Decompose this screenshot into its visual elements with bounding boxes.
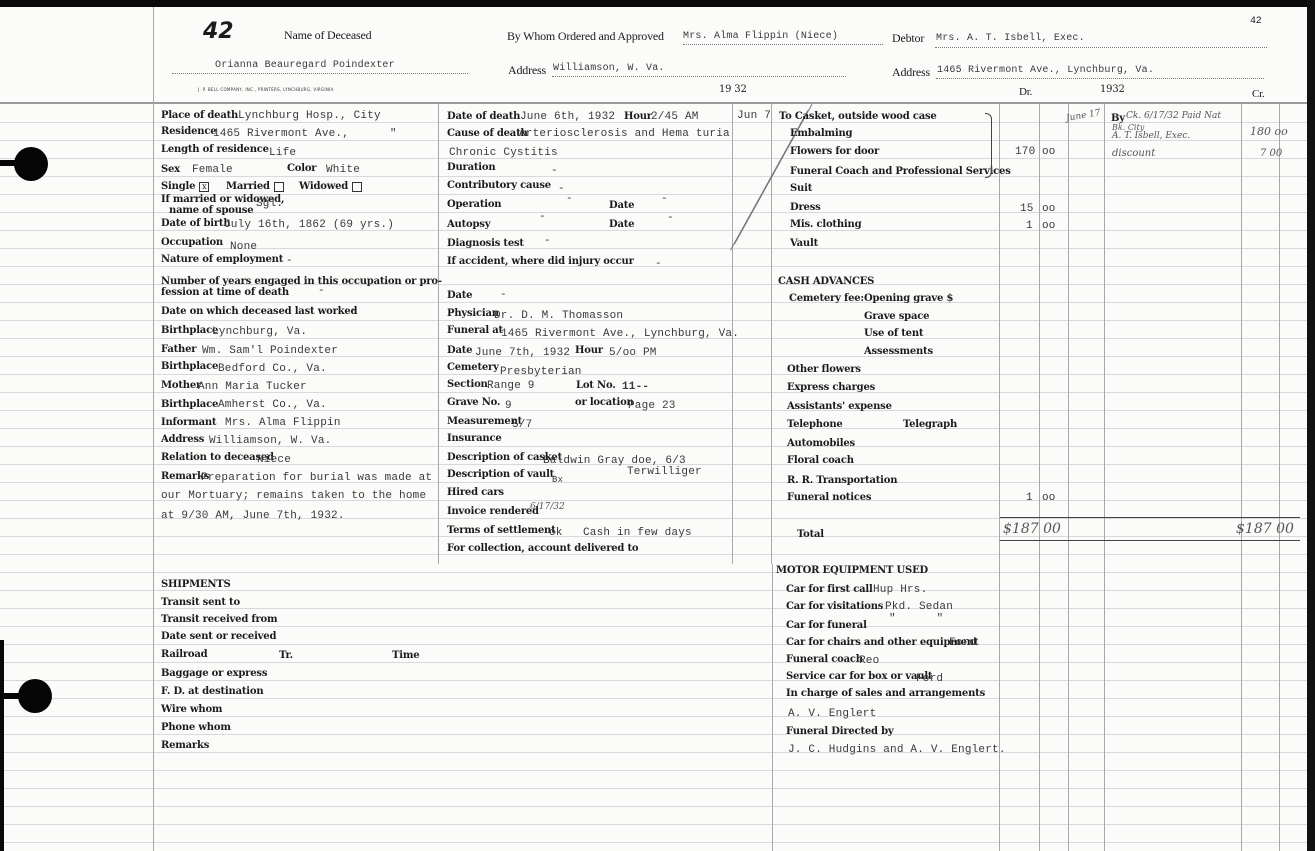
fd-destination-label: F. D. at destination	[161, 686, 263, 697]
cemetery-value: Presbyterian	[500, 366, 582, 378]
service-casket: To Casket, outside wood case	[779, 111, 937, 122]
mis-clothing-cents: oo	[1042, 220, 1056, 232]
service-coach: Funeral Coach and Professional Services	[790, 166, 1011, 177]
ordered-address-value: Williamson, W. Va.	[553, 63, 665, 74]
length-of-residence-value: Life	[269, 147, 296, 159]
advance-automobiles: Automobiles	[787, 438, 855, 449]
ledger-date: Jun 7	[737, 110, 771, 122]
dotted-line	[172, 72, 468, 74]
sex-value: Female	[192, 164, 233, 176]
funeral-date-value: June 7th, 1932	[475, 347, 570, 359]
insurance-label: Insurance	[447, 433, 502, 444]
page-number: 42	[1250, 16, 1262, 27]
cemetery-label: Cemetery	[447, 362, 499, 373]
column-divider	[1039, 104, 1040, 851]
widowed-label: Widowed	[299, 181, 348, 192]
year-right: 1932	[1100, 84, 1125, 95]
year-left: 19 32	[719, 84, 747, 95]
service-embalming: Embalming	[790, 128, 852, 139]
chairs-value: Ford	[949, 637, 976, 649]
debtor-address-value: 1465 Rivermont Ave., Lynchburg, Va.	[937, 65, 1154, 76]
diagnosis-value: -	[544, 235, 551, 247]
cause-of-death-value: Arteriosclerosis and Hema turia	[519, 128, 730, 140]
vault-label: Description of vault	[447, 469, 554, 480]
informant-address-label: Address	[161, 434, 204, 445]
column-divider	[1104, 104, 1105, 851]
visitations-label: Car for visitations	[786, 601, 883, 612]
measurement-label: Measurement	[447, 416, 522, 427]
cemetery-tent: Use of tent	[864, 328, 923, 339]
place-of-death-value: Lynchburg Hosp., City	[238, 110, 381, 122]
brace-icon	[985, 113, 992, 178]
name-of-deceased-label: Name of Deceased	[284, 28, 371, 43]
shipments-title: SHIPMENTS	[161, 579, 231, 590]
widowed-check-box[interactable]	[352, 182, 362, 192]
directed-label: Funeral Directed by	[786, 726, 894, 737]
funeral-notices-amount: 1	[1026, 492, 1033, 504]
married-checkbox[interactable]: Married	[226, 181, 284, 192]
residence-value: 1465 Rivermont Ave., "	[213, 128, 397, 140]
accident-value: -	[655, 258, 662, 270]
mis-clothing-amount: 1	[1026, 220, 1033, 232]
binder-hole-icon	[18, 679, 52, 713]
date2-label: Date	[447, 290, 472, 301]
total-rule	[1000, 540, 1300, 541]
date-of-birth-value: July 16th, 1862 (69 yrs.)	[224, 219, 394, 231]
first-call-label: Car for first call	[786, 584, 873, 595]
dress-amount: 15	[1020, 203, 1034, 215]
cr-label: Cr.	[1252, 88, 1265, 100]
advance-rr-transport: R. R. Transportation	[787, 475, 897, 486]
funeral-at-label: Funeral at	[447, 325, 503, 336]
mother-value: Ann Maria Tucker	[198, 381, 307, 393]
advance-funeral-notices: Funeral notices	[787, 492, 871, 503]
shipment-remarks-label: Remarks	[161, 740, 209, 751]
advance-telephone: Telephone	[787, 419, 843, 430]
single-label: Single	[161, 181, 195, 192]
service-flowers: Flowers for door	[790, 146, 879, 157]
spouse-value: Sgl.	[256, 198, 283, 210]
relation-value: Niece	[257, 454, 291, 466]
operation-value: -	[566, 193, 573, 205]
funeral-hour-value: 5/oo PM	[609, 347, 657, 359]
services-amount: 170	[1015, 146, 1035, 158]
advance-floral-coach: Floral coach	[787, 455, 854, 466]
widowed-checkbox[interactable]: Widowed	[299, 181, 362, 192]
location-label: or location	[575, 397, 634, 408]
in-charge-value: A. V. Englert	[788, 708, 876, 720]
column-divider	[772, 564, 773, 851]
total-credit: $187 00	[1236, 521, 1294, 537]
time-label: Time	[392, 650, 419, 661]
column-divider	[999, 104, 1000, 851]
cause-of-death-value-2: Chronic Cystitis	[449, 147, 558, 159]
contributory-label: Contributory cause	[447, 180, 551, 191]
remarks-line-2: our Mortuary; remains taken to the home	[161, 490, 426, 502]
debtor-label: Debtor	[892, 31, 924, 46]
column-divider	[438, 104, 439, 564]
occupation-label: Occupation	[161, 237, 223, 248]
accident-label: If accident, where did injury occur	[447, 256, 634, 267]
visitations-value: Pkd. Sedan	[885, 601, 953, 613]
credit-amount-1: 180 oo	[1250, 125, 1288, 138]
motor-title: MOTOR EQUIPMENT USED	[776, 565, 928, 576]
debtor-value: Mrs. A. T. Isbell, Exec.	[936, 33, 1085, 44]
cemetery-assessments: Assessments	[864, 346, 933, 357]
sex-label: Sex	[161, 164, 180, 175]
scan-border-left	[0, 640, 4, 851]
terms-value: ok Cash in few days	[549, 527, 692, 539]
last-worked-value: -	[350, 305, 357, 317]
diagnosis-label: Diagnosis test	[447, 238, 524, 249]
father-value: Wm. Sam'l Poindexter	[202, 345, 338, 357]
date-of-death-label: Date of death	[447, 111, 520, 122]
duration-value: -	[551, 165, 558, 177]
married-check-box[interactable]	[274, 182, 284, 192]
item-mis-clothing: Mis. clothing	[790, 219, 861, 230]
item-vault: Vault	[790, 238, 818, 249]
physician-value: Dr. D. M. Thomasson	[494, 310, 623, 322]
last-worked-label: Date on which deceased last worked	[161, 306, 357, 317]
single-checkbox[interactable]: Singlex	[161, 181, 209, 192]
tr-label: Tr.	[279, 650, 293, 661]
dress-cents: oo	[1042, 203, 1056, 215]
dotted-line	[936, 77, 1264, 79]
advance-assistants: Assistants' expense	[787, 401, 892, 412]
contributory-value: -	[558, 183, 565, 195]
dotted-line	[552, 75, 846, 77]
ordered-by-value: Mrs. Alma Flippin (Niece)	[683, 31, 838, 42]
invoice-label: Invoice rendered	[447, 506, 539, 517]
married-label: Married	[226, 181, 270, 192]
lot-label: Lot No.	[576, 380, 616, 391]
item-dress: Dress	[790, 202, 821, 213]
margin-line	[153, 7, 154, 851]
father-label: Father	[161, 344, 196, 355]
remarks-line-3: at 9/30 AM, June 7th, 1932.	[161, 510, 345, 522]
section-label: Section	[447, 379, 488, 390]
credit-line-3: A. T. Isbell, Exec.	[1112, 131, 1190, 141]
column-divider	[1279, 104, 1280, 851]
coach-label: Funeral coach	[786, 654, 863, 665]
terms-label: Terms of settlement	[447, 525, 556, 536]
funeral-notices-cents: oo	[1042, 492, 1056, 504]
credit-line-1: Ck. 6/17/32 Paid Nat	[1126, 111, 1221, 121]
hour-of-death-value: 2/45 AM	[651, 111, 699, 123]
father-birthplace-value: Bedford Co., Va.	[218, 363, 327, 375]
measurement-value: 5/7	[512, 419, 532, 431]
cash-advances-title: CASH ADVANCES	[778, 276, 874, 287]
informant-value: Mrs. Alma Flippin	[225, 417, 341, 429]
date-sent-label: Date sent or received	[161, 631, 276, 642]
years-engaged-value: -	[318, 285, 325, 297]
grave-value: 9	[505, 400, 512, 412]
duration-label: Duration	[447, 162, 495, 173]
color-value: White	[326, 164, 360, 176]
coach-value: Reo	[859, 655, 879, 667]
vault-value-2: Terwilliger	[627, 466, 702, 478]
father-birthplace-label: Birthplace	[161, 361, 218, 372]
cause-of-death-label: Cause of death	[447, 128, 528, 139]
total-rule	[1000, 517, 1300, 518]
birthplace-value: Lynchburg, Va.	[212, 326, 307, 338]
funeral-hour-label: Hour	[575, 345, 603, 356]
cemetery-grave-space: Grave space	[864, 311, 929, 322]
first-call-value: Hup Hrs.	[873, 584, 927, 596]
transit-received-label: Transit received from	[161, 614, 277, 625]
lot-value: 11--	[622, 381, 649, 393]
railroad-label: Railroad	[161, 649, 207, 660]
credit-amount-2: 7 00	[1260, 148, 1282, 159]
operation-date-value: -	[661, 193, 668, 205]
remarks-line-1: Preparation for burial was made at	[201, 472, 432, 484]
operation-date-label: Date	[609, 200, 634, 211]
dotted-line	[935, 46, 1267, 48]
binder-hole-icon	[14, 147, 48, 181]
invoice-value: 6/17/32	[530, 502, 565, 512]
name-of-deceased-value: Orianna Beauregard Poindexter	[215, 60, 395, 71]
occupation-value: None	[230, 241, 257, 253]
funeral-date-label: Date	[447, 345, 472, 356]
autopsy-label: Autopsy	[447, 219, 490, 230]
total-label: Total	[797, 529, 824, 540]
debtor-address-label: Address	[892, 65, 930, 80]
autopsy-value: -	[539, 211, 546, 223]
funeral-at-value: 1465 Rivermont Ave., Lynchburg, Va.	[501, 328, 739, 340]
date-of-death-value: June 6th, 1932	[520, 111, 615, 123]
autopsy-date-value: -	[667, 212, 674, 224]
residence-label: Residence	[161, 126, 216, 137]
location-value: Page 23	[628, 400, 676, 412]
informant-label: Informant	[161, 417, 216, 428]
ordered-address-label: Address	[508, 63, 546, 78]
autopsy-date-label: Date	[609, 219, 634, 230]
hired-cars-label: Hired cars	[447, 487, 504, 498]
nature-of-employment-value: -	[286, 255, 293, 267]
cemetery-opening-grave: Opening grave $	[864, 293, 953, 304]
dotted-line	[683, 43, 883, 45]
ordered-by-label: By Whom Ordered and Approved	[507, 29, 664, 44]
directed-value: J. C. Hudgins and A. V. Englert.	[788, 744, 1006, 756]
mother-label: Mother	[161, 380, 201, 391]
car-funeral-value: " "	[889, 613, 943, 625]
credit-discount: discount	[1112, 148, 1155, 159]
phone-whom-label: Phone whom	[161, 722, 231, 733]
single-check-box[interactable]: x	[199, 182, 209, 192]
hour-of-death-label: Hour	[624, 111, 652, 122]
spouse-label-2: name of spouse	[169, 205, 253, 216]
date-of-birth-label: Date of birth	[161, 218, 230, 229]
operation-label: Operation	[447, 199, 501, 210]
place-of-death-label: Place of death	[161, 110, 238, 121]
mother-birthplace-label: Birthplace	[161, 399, 218, 410]
wire-whom-label: Wire whom	[161, 704, 222, 715]
scan-border-top	[0, 0, 1315, 7]
transit-sent-label: Transit sent to	[161, 597, 240, 608]
length-of-residence-label: Length of residence	[161, 144, 269, 155]
date2-value: -	[500, 289, 507, 301]
physician-label: Physician	[447, 308, 499, 319]
service-car-value: Ford	[916, 673, 943, 685]
mother-birthplace-value: Amherst Co., Va.	[218, 399, 327, 411]
service-car-label: Service car for box or vault	[786, 671, 932, 682]
advance-other-flowers: Other flowers	[787, 364, 861, 375]
advance-express: Express charges	[787, 382, 875, 393]
scan-border-right	[1307, 0, 1315, 851]
vault-value: Bx	[552, 475, 563, 485]
nature-of-employment-label: Nature of employment	[161, 254, 283, 265]
in-charge-label: In charge of sales and arrangements	[786, 688, 985, 699]
baggage-label: Baggage or express	[161, 668, 267, 679]
printer-credit: J. P. BELL COMPANY, INC., PRINTERS, LYNC…	[198, 87, 334, 92]
birthplace-label: Birthplace	[161, 325, 218, 336]
item-suit: Suit	[790, 183, 812, 194]
column-divider	[1241, 104, 1242, 851]
informant-address-value: Williamson, W. Va.	[209, 435, 331, 447]
dr-label: Dr.	[1019, 86, 1032, 98]
cemetery-fee-label: Cemetery fee:	[789, 293, 864, 304]
years-engaged-label-2: fession at time of death	[161, 287, 289, 298]
car-funeral-label: Car for funeral	[786, 620, 867, 631]
advance-telegraph: Telegraph	[903, 419, 957, 430]
total-debit: $187 00	[1003, 521, 1061, 537]
header-separator	[0, 102, 1307, 104]
color-label: Color	[287, 163, 316, 174]
years-engaged-label-1: Number of years engaged in this occupati…	[161, 276, 442, 287]
services-cents: oo	[1042, 146, 1056, 158]
column-divider	[1068, 104, 1069, 851]
section-value: Range 9	[487, 380, 535, 392]
grave-label: Grave No.	[447, 397, 500, 408]
record-number: 42	[203, 19, 234, 44]
collection-label: For collection, account delivered to	[447, 543, 638, 554]
